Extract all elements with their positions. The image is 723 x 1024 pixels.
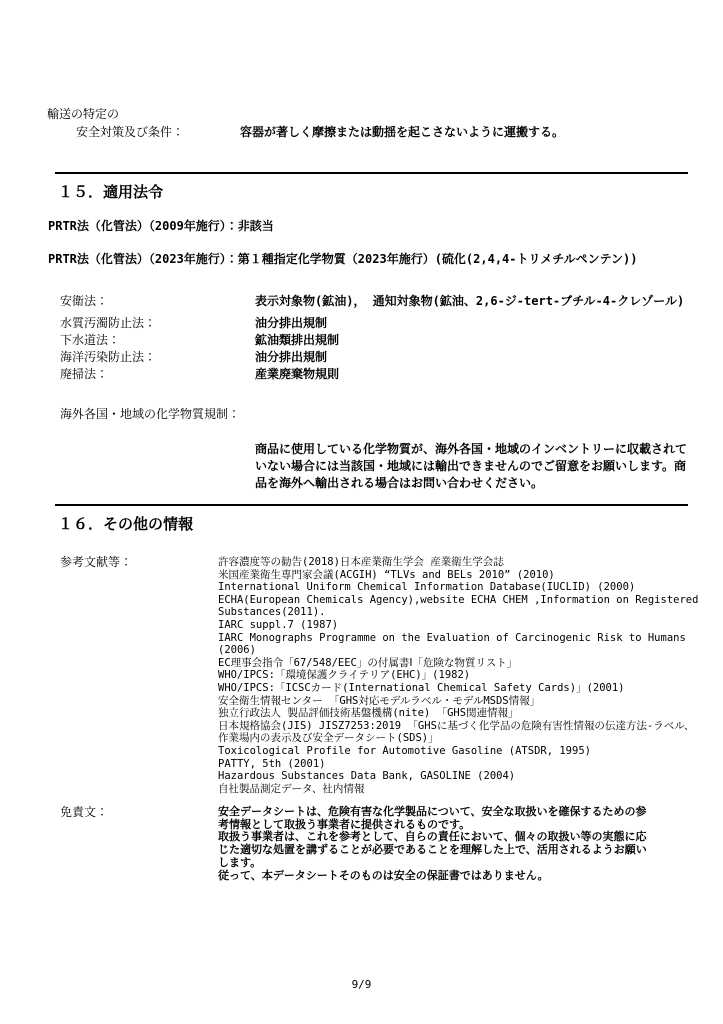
reference-item: WHO/IPCS:「ICSCカード(International Chemical… <box>218 682 700 695</box>
prtr-2023-line: PRTR法（化管法）（2023年施行）：第１種指定化学物質（2023年施行）(硫… <box>48 251 638 268</box>
law-value: 油分排出規制 <box>255 315 690 332</box>
reference-item: 米国産業衛生専門家会議(ACGIH) “TLVs and BELs 2010” … <box>218 569 700 582</box>
reference-item: ECHA(European Chemicals Agency),website … <box>218 594 700 619</box>
law-value: 鉱油類排出規制 <box>255 332 690 349</box>
law-label: 廃掃法： <box>60 366 255 383</box>
reference-item: 安全衛生情報センター 「GHS対応モデルラベル・モデルMSDS情報」 <box>218 695 700 708</box>
law-label: 下水道法： <box>60 332 255 349</box>
overseas-regulation-text: 商品に使用している化学物質が、海外各国・地域のインベントリーに収載されていない場… <box>255 441 693 492</box>
transport-label-line1: 輸送の特定の <box>47 106 119 123</box>
section-divider <box>55 504 688 506</box>
disclaimer-line: 取扱う事業者は、これを参考として、自らの責任において、個々の取扱い等の実態に応じ… <box>218 831 652 869</box>
disclaimer-text: 安全データシートは、危険有害な化学製品について、安全な取扱いを確保するための参考… <box>218 806 652 882</box>
section15-title: １５．適用法令 <box>58 181 163 202</box>
reference-item: International Uniform Chemical Informati… <box>218 581 700 594</box>
reference-item: 自社製品測定データ、社内情報 <box>218 783 700 796</box>
disclaimer-line: 安全データシートは、危険有害な化学製品について、安全な取扱いを確保するための参考… <box>218 806 652 831</box>
disclaimer-line: 従って、本データシートそのものは安全の保証書ではありません。 <box>218 870 652 883</box>
reference-item: Toxicological Profile for Automotive Gas… <box>218 745 700 758</box>
law-value: 油分排出規制 <box>255 349 690 366</box>
disclaimer-label: 免責文： <box>60 804 108 821</box>
reference-item: WHO/IPCS:「環境保護クライテリア(EHC)」(1982) <box>218 669 700 682</box>
law-label: 安衛法： <box>60 293 255 310</box>
law-rows: 安衛法： 表示対象物(鉱油)， 通知対象物(鉱油、2,6-ジ-tert-ブチル-… <box>60 293 700 383</box>
law-row-marine-pollution: 海洋汚染防止法： 油分排出規制 <box>60 349 700 366</box>
reference-item: IARC Monographs Programme on the Evaluat… <box>218 632 700 657</box>
reference-item: 日本規格協会(JIS) JISZ7253:2019 「GHSに基づく化学品の危険… <box>218 720 700 745</box>
reference-item: PATTY, 5th (2001) <box>218 758 700 771</box>
prtr-2009-line: PRTR法（化管法）（2009年施行）：非該当 <box>48 218 274 235</box>
law-value: 表示対象物(鉱油)， 通知対象物(鉱油、2,6-ジ-tert-ブチル-4-クレゾ… <box>255 293 690 310</box>
law-row-sewerage: 下水道法： 鉱油類排出規制 <box>60 332 700 349</box>
transport-label-line2: 安全対策及び条件： <box>76 124 184 141</box>
transport-value: 容器が著しく摩擦または動揺を起こさないように運搬する。 <box>240 124 564 141</box>
law-row-anneiho: 安衛法： 表示対象物(鉱油)， 通知対象物(鉱油、2,6-ジ-tert-ブチル-… <box>60 293 700 310</box>
law-value: 産業廃棄物規則 <box>255 366 690 383</box>
sds-document-page: 輸送の特定の 安全対策及び条件： 容器が著しく摩擦または動揺を起こさないように運… <box>0 0 723 1024</box>
law-row-water-pollution: 水質汚濁防止法： 油分排出規制 <box>60 315 700 332</box>
references-label: 参考文献等： <box>60 554 132 571</box>
section16-title: １６．その他の情報 <box>58 513 193 534</box>
law-label: 水質汚濁防止法： <box>60 315 255 332</box>
reference-item: EC理事会指令「67/548/EEC」の付属書Ⅰ「危険な物質リスト」 <box>218 657 700 670</box>
reference-item: IARC suppl.7 (1987) <box>218 619 700 632</box>
law-row-waste-disposal: 廃掃法： 産業廃棄物規則 <box>60 366 700 383</box>
page-number: 9/9 <box>0 978 723 991</box>
law-label: 海洋汚染防止法： <box>60 349 255 366</box>
references-list: 許容濃度等の勧告(2018)日本産業衛生学会 産業衛生学会誌 米国産業衛生専門家… <box>218 556 700 795</box>
overseas-regulation-label: 海外各国・地域の化学物質規制： <box>60 406 240 423</box>
reference-item: 独立行政法人 製品評価技術基盤機構(nite) 「GHS関連情報」 <box>218 707 700 720</box>
reference-item: 許容濃度等の勧告(2018)日本産業衛生学会 産業衛生学会誌 <box>218 556 700 569</box>
reference-item: Hazardous Substances Data Bank, GASOLINE… <box>218 770 700 783</box>
section-divider <box>55 172 688 174</box>
